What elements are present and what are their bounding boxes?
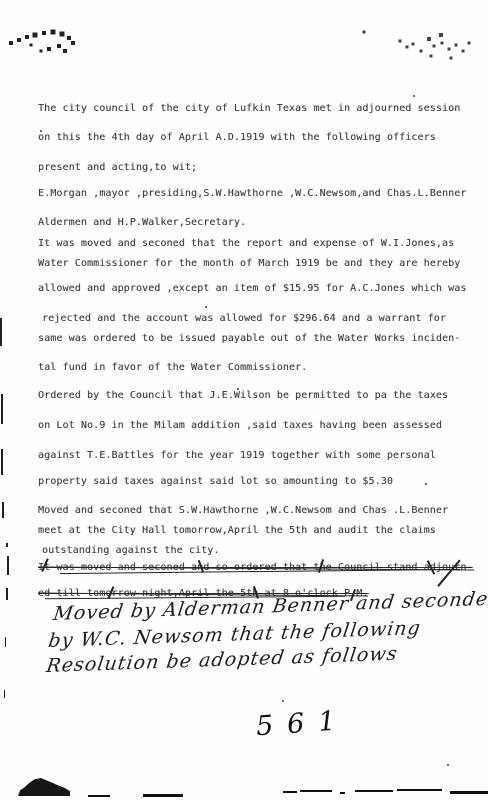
ink-blob-bottom-left — [18, 777, 70, 796]
typed-line: rejected and the account was allowed for… — [42, 313, 446, 325]
typed-line: present and acting,to wit; — [38, 162, 197, 174]
scan-speck — [413, 95, 415, 97]
typed-line: It was moved and seconed that the report… — [38, 238, 454, 250]
typed-line: against T.E.Battles for the year 1919 to… — [38, 450, 436, 462]
scan-edge-artifact — [88, 795, 110, 797]
scan-edge-artifact — [143, 794, 183, 797]
scan-speck — [282, 700, 284, 702]
typed-line: meet at the City Hall tomorrow,April the… — [38, 525, 436, 537]
scan-speck — [425, 483, 427, 485]
margin-mark — [5, 637, 6, 647]
margin-mark — [1, 394, 3, 424]
typed-line: tal fund in favor of the Water Commissio… — [38, 362, 307, 374]
scan-speck — [205, 306, 207, 308]
margin-mark — [4, 690, 5, 698]
margin-mark — [1, 449, 3, 475]
margin-mark — [7, 556, 9, 575]
scan-speck — [447, 764, 449, 766]
typed-line: The city council of the city of Lufkin T… — [38, 103, 460, 115]
margin-mark — [6, 588, 8, 600]
scan-edge-artifact — [355, 790, 393, 792]
typed-line: Aldermen and H.P.Walker,Secretary. — [38, 217, 246, 229]
typed-line: E.Morgan ,mayor ,presiding,S.W.Hawthorne… — [38, 188, 466, 200]
typed-line: same was ordered to be issued payable ou… — [38, 333, 460, 345]
typed-line: on Lot No.9 in the Milam addition ,said … — [38, 420, 442, 432]
typed-line: property said taxes against said lot so … — [38, 476, 393, 488]
typed-line: Ordered by the Council that J.E.Wilson b… — [38, 390, 448, 402]
scan-edge-artifact — [340, 792, 345, 794]
typed-line: outstanding against the city. — [42, 545, 220, 557]
page-number-handwritten: 561 — [255, 705, 350, 742]
scan-edge-artifact — [300, 790, 332, 792]
typed-line: allowed and approved ,except an item of … — [38, 283, 466, 295]
margin-mark — [6, 543, 8, 547]
scan-speck — [237, 388, 239, 390]
margin-mark — [2, 502, 4, 518]
margin-mark — [0, 318, 2, 346]
typed-line: Moved and seconed that S.W.Hawthorne ,W.… — [38, 505, 448, 517]
scan-edge-artifact — [397, 789, 442, 791]
scan-speck — [40, 130, 42, 132]
scanned-minutes-page: The city council of the city of Lufkin T… — [0, 0, 488, 800]
typed-line: on this the 4th day of April A.D.1919 wi… — [38, 132, 436, 144]
scan-edge-artifact — [283, 791, 297, 793]
ink-speckles-top-right — [0, 0, 2, 2]
scan-edge-artifact — [450, 791, 488, 794]
typed-line: Water Commissioner for the month of Marc… — [38, 258, 460, 270]
